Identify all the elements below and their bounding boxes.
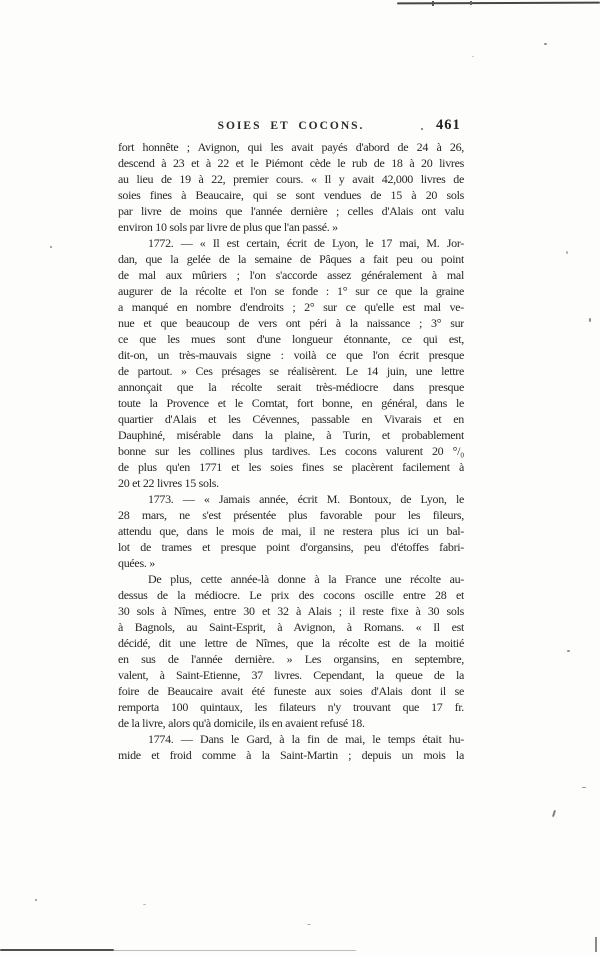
page-number: 461 [436, 117, 470, 134]
text-line: 1774. — Dans le Gard, à la fin de mai, l… [118, 731, 464, 747]
text-line: De plus, cette année-là donne à la Franc… [118, 571, 464, 587]
scan-speck [421, 128, 423, 130]
text-line: à Bagnols, au Saint-Esprit, à Avignon, à… [118, 619, 464, 635]
scan-edge-line-right [595, 937, 597, 952]
text-line: en sus de l'année dernière. » Les organs… [118, 651, 464, 667]
scan-speck [566, 251, 568, 254]
paragraph-1774: 1774. — Dans le Gard, à la fin de mai, l… [118, 731, 464, 763]
text-line: remporta 100 quintaux, les filateurs n'y… [118, 699, 464, 715]
text-line: quartier d'Alais et les Cévennes, passab… [118, 411, 464, 427]
scan-speck [552, 810, 556, 817]
text-line: environ 10 sols par livre de plus que l'… [118, 219, 464, 235]
text-line: de mal aux mûriers ; l'on s'accorde asse… [118, 267, 464, 283]
text-line: soies fines à Beaucaire, qui se sont ven… [118, 187, 464, 203]
scan-speck [582, 787, 586, 788]
text-line: nue et que beaucoup de vers ont péri à l… [118, 315, 464, 331]
text-line: de plus qu'en 1771 et les soies fines se… [118, 459, 464, 475]
text-line: par livre de moins que l'année dernière … [118, 203, 464, 219]
text-line: attendu que, dans le mois de mai, il ne … [118, 523, 464, 539]
text-line: bonne sur les collines plus tardives. Le… [118, 443, 464, 459]
scan-edge-line-top [397, 2, 600, 5]
text-line: a manqué en nombre d'endroits ; 2° sur c… [118, 299, 464, 315]
text-line: quées. » [118, 555, 464, 571]
running-title: SOIES ET COCONS. [118, 120, 464, 132]
text-line: au lieu de 19 à 22, premier cours. « Il … [118, 171, 464, 187]
paragraph-1773: 1773. — « Jamais année, écrit M. Bontoux… [118, 491, 464, 571]
scan-tick [470, 1, 472, 5]
text-line: 30 sols à Nîmes, entre 30 et 32 à Alais … [118, 603, 464, 619]
scan-speck [307, 924, 311, 925]
text-line: 28 mars, ne s'est présentée plus favorab… [118, 507, 464, 523]
scan-speck [35, 899, 37, 901]
text-line: de partout. » Ces présages se réalisèren… [118, 363, 464, 379]
text-line: dan, que la gelée de la semaine de Pâque… [118, 251, 464, 267]
paragraph-continuation-1771: fort honnête ; Avignon, qui les avait pa… [118, 139, 464, 235]
scan-speck [472, 56, 474, 57]
scan-tick [432, 1, 434, 6]
text-line: 1773. — « Jamais année, écrit M. Bontoux… [118, 491, 464, 507]
text-line: ce que les mues sont d'une longueur éton… [118, 331, 464, 347]
scan-speck [50, 246, 52, 248]
scan-speck [143, 904, 146, 905]
scan-edge-line-bottom-faint [114, 950, 356, 951]
scan-speck [544, 43, 547, 45]
text-line: toute la Provence et le Comtat, fort bon… [118, 395, 464, 411]
text-line: annonçait que la récolte serait très-méd… [118, 379, 464, 395]
text-block: fort honnête ; Avignon, qui les avait pa… [118, 139, 464, 763]
text-line: dit-on, un très-mauvais signe : voilà ce… [118, 347, 464, 363]
paragraph-1772: 1772. — « Il est certain, écrit de Lyon,… [118, 235, 464, 491]
text-line: 20 et 22 livres 15 sols. [118, 475, 464, 491]
text-line: Dauphiné, misérable dans la plaine, à Tu… [118, 427, 464, 443]
text-line: mide et froid comme à la Saint-Martin ; … [118, 747, 464, 763]
scanned-book-page: SOIES ET COCONS. 461 fort honnête ; Avig… [0, 0, 600, 955]
text-line: foire de Beaucaire avait été funeste aux… [118, 683, 464, 699]
text-line: 1772. — « Il est certain, écrit de Lyon,… [118, 235, 464, 251]
text-line: descend à 23 et à 22 et le Piémont cède … [118, 155, 464, 171]
text-line: lot de trames et presque point d'organsi… [118, 539, 464, 555]
scan-speck [567, 650, 570, 652]
text-line: augurer de la récolte et l'on se fonde :… [118, 283, 464, 299]
scan-edge-line-bottom [0, 949, 114, 951]
paragraph-de-plus: De plus, cette année-là donne à la Franc… [118, 571, 464, 731]
text-line: fort honnête ; Avignon, qui les avait pa… [118, 139, 464, 155]
text-line: de la livre, alors qu'à domicile, ils en… [118, 715, 464, 731]
text-line: valent, à Saint-Etienne, 37 livres. Cepe… [118, 667, 464, 683]
text-line: dessus de la médiocre. Le prix des cocon… [118, 587, 464, 603]
text-line: décidé, dit une lettre de Nîmes, que la … [118, 635, 464, 651]
scan-speck [589, 318, 591, 322]
